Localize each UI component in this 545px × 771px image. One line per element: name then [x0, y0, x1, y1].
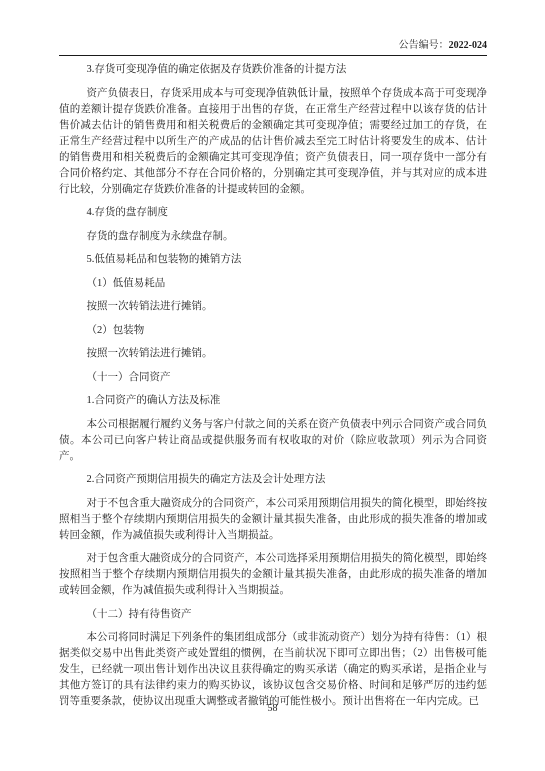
section-heading: 2.合同资产预期信用损失的确定方法及会计处理方法 — [59, 472, 487, 488]
page-number: 58 — [268, 703, 278, 714]
announcement-header: 公告编号：2022-024 — [59, 39, 487, 52]
announcement-label: 公告编号： — [399, 40, 449, 51]
section-heading: （十一）合同资产 — [59, 370, 487, 386]
page-footer: 58 — [0, 702, 545, 716]
section-heading: （2）包装物 — [59, 323, 487, 339]
body-paragraph: 按照一次转销法进行摊销。 — [59, 346, 487, 362]
section-heading: 1.合同资产的确认方法及标准 — [59, 393, 487, 409]
body-paragraph: 对于不包含重大融资成分的合同资产，本公司采用预期信用损失的简化模型，即始终按照相… — [59, 496, 487, 544]
body-paragraph: 本公司根据履行履约义务与客户付款之间的关系在资产负债表中列示合同资产或合同负债。… — [59, 417, 487, 465]
body-paragraph: 按照一次转销法进行摊销。 — [59, 299, 487, 315]
announcement-number: 2022-024 — [449, 40, 487, 51]
body-paragraph: 对于包含重大融资成分的合同资产，本公司选择采用预期信用损失的简化模型，即始终按照… — [59, 551, 487, 599]
body-paragraph: 本公司将同时满足下列条件的集团组成部分（或非流动资产）划分为持有待售：（1）根据… — [59, 630, 487, 710]
document-page: 公告编号：2022-024 3.存货可变现净值的确定依据及存货跌价准备的计提方法… — [0, 0, 545, 771]
section-heading: （1）低值易耗品 — [59, 276, 487, 292]
section-heading: 4.存货的盘存制度 — [59, 205, 487, 221]
body-paragraph: 资产负债表日，存货采用成本与可变现净值孰低计量，按照单个存货成本高于可变现净值的… — [59, 86, 487, 198]
section-heading: 3.存货可变现净值的确定依据及存货跌价准备的计提方法 — [59, 62, 487, 78]
section-heading: 5.低值易耗品和包装物的摊销方法 — [59, 252, 487, 268]
document-content: 3.存货可变现净值的确定依据及存货跌价准备的计提方法 资产负债表日，存货采用成本… — [59, 62, 487, 718]
section-heading: （十二）持有待售资产 — [59, 607, 487, 623]
header-divider — [59, 55, 487, 56]
body-paragraph: 存货的盘存制度为永续盘存制。 — [59, 229, 487, 245]
